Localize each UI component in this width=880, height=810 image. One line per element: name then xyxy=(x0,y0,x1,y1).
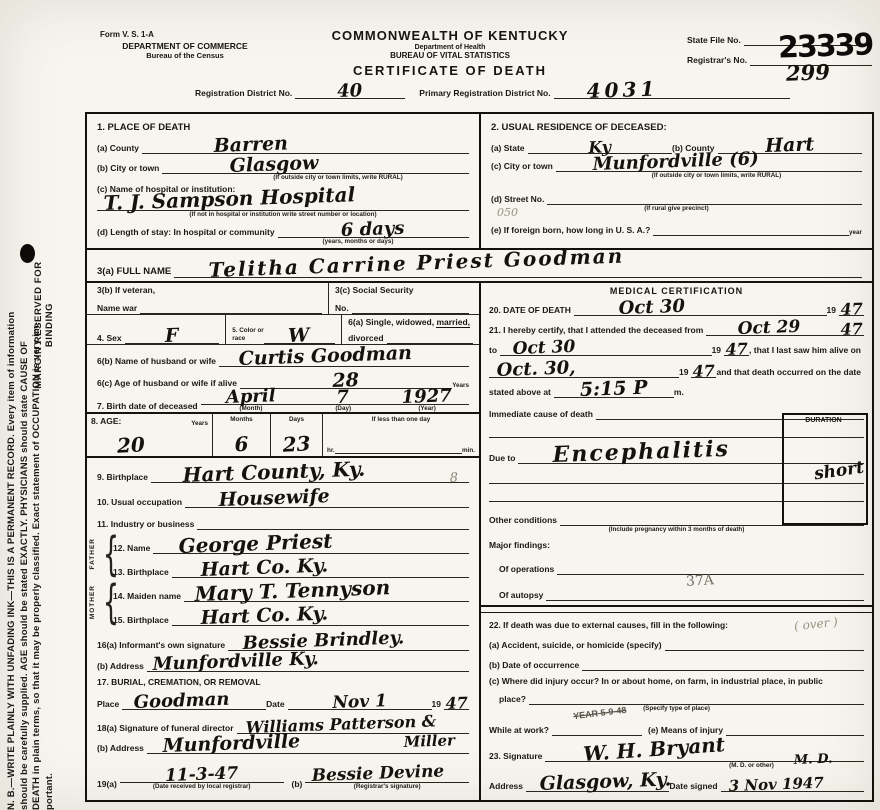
father-name-line: George Priest xyxy=(153,553,469,554)
margin-note-line2: should be carefully supplied. AGE should… xyxy=(19,0,32,810)
physician-signature-row: 23. Signature W. H. Bryant M. D. xyxy=(489,736,864,762)
occurrence-date-label: (b) Date of occurrence xyxy=(489,660,582,671)
header-center: COMMONWEALTH OF KENTUCKY Department of H… xyxy=(285,28,615,78)
medical-certification-title: MEDICAL CERTIFICATION xyxy=(489,283,864,296)
birth-year-value: 1927 xyxy=(401,387,452,407)
county-label: (a) County xyxy=(97,143,142,154)
date-signed-line: 3 Nov 1947 xyxy=(721,791,864,792)
physician-address-label: Address xyxy=(489,781,526,792)
margin-binding-label: MARGIN RESERVED FOR BINDING xyxy=(33,249,55,401)
mother-birthplace-value: Hart Co. Ky. xyxy=(201,605,329,628)
bureau-of-census: Bureau of the Census xyxy=(100,51,270,60)
physician-signature-label: 23. Signature xyxy=(489,751,545,762)
father-birthplace-value: Hart Co. Ky. xyxy=(201,557,329,580)
top-sections: 1. PLACE OF DEATH (a) County Barren (b) … xyxy=(87,114,872,250)
age-years-col: 8. AGE:Years 20 xyxy=(87,414,212,456)
burial-year-value: 47 xyxy=(445,695,468,712)
race-label-2: race xyxy=(232,335,264,343)
street-row: (d) Street No. xyxy=(491,181,862,205)
physician-address-value: Glasgow, Ky. xyxy=(540,770,672,794)
stated-above-label: stated above at xyxy=(489,387,554,398)
burial-year-line: 47 xyxy=(444,709,469,710)
street-note: (If rural give precinct) xyxy=(644,205,708,214)
autopsy-row: Of autopsy xyxy=(489,575,864,601)
mother-birthplace-row: 15. Birthplace Hart Co. Ky. xyxy=(113,602,469,626)
father-birthplace-label: 13. Birthplace xyxy=(113,567,172,578)
state-label: (a) State xyxy=(491,143,528,154)
hospital-line: T. J. Sampson Hospital xyxy=(97,210,469,211)
county-row: (a) County Barren xyxy=(97,134,469,154)
certify-text-1: 21. I hereby certify, that I attended th… xyxy=(489,325,706,336)
ss-no-label: No. xyxy=(335,303,352,314)
veteran-war-line xyxy=(140,313,322,314)
received-label: 19(a) xyxy=(97,779,120,790)
birthplace-line: Hart County, Ky. 8 xyxy=(151,482,469,483)
burial-date-value: Nov 1 xyxy=(332,693,387,712)
registration-district-line: 40 xyxy=(295,98,405,99)
burial-place-label: Place xyxy=(97,699,122,710)
received-value: 11-3-47 xyxy=(164,765,238,785)
res-city-note: (If outside city or town limits, write R… xyxy=(652,172,781,181)
margin-note: N. B.—WRITE PLAINLY WITH UNFADING INK—TH… xyxy=(6,0,58,810)
immediate-cause-label: Immediate cause of death xyxy=(489,409,596,420)
length-of-stay-label: (d) Length of stay: In hospital or commu… xyxy=(97,227,278,238)
informant-address-value: Munfordville Ky. xyxy=(153,650,320,674)
alive-year-value: 47 xyxy=(692,363,715,380)
age-days-col: Days 23 xyxy=(270,414,322,456)
major-findings-label: Major findings: xyxy=(489,540,553,551)
father-section: FATHER { 12. Name George Priest 13. Birt… xyxy=(87,530,479,578)
alive-year-prefix: 19 xyxy=(679,367,691,378)
informant-address-line: Munfordville Ky. xyxy=(147,671,469,672)
date-of-death-line: Oct 30 xyxy=(574,315,827,316)
occurrence-date-line xyxy=(582,670,864,671)
received-col: 11-3-47 (Date received by local registra… xyxy=(120,770,284,790)
city-value: Glasgow xyxy=(229,154,318,176)
city-line: Glasgow xyxy=(162,173,469,174)
accident-label: (a) Accident, suicide, or homicide (spec… xyxy=(489,640,665,651)
alive-year-line: 47 xyxy=(691,377,716,378)
street-pencil-note: 050 xyxy=(497,206,518,219)
burial-date-line: Nov 1 xyxy=(288,709,432,710)
physician-signature-cap: (M. D. or other) xyxy=(729,762,774,770)
to-year-value: 47 xyxy=(725,341,748,358)
hospital-row: T. J. Sampson Hospital xyxy=(97,195,469,211)
other-conditions-line xyxy=(560,525,864,526)
age-min-label: min. xyxy=(462,447,475,454)
city-note: (If outside city or town limits, write R… xyxy=(273,174,402,183)
mother-name-value: Mary T. Tennyson xyxy=(195,577,391,604)
foreign-born-label: (e) If foreign born, how long in U. S. A… xyxy=(491,225,653,236)
mother-birthplace-label: 15. Birthplace xyxy=(113,615,172,626)
header-right: State File No. Registrar's No. 23339 299 xyxy=(687,26,872,66)
means-of-injury-line xyxy=(726,735,864,736)
registration-district-row: Registration District No. 40 Primary Reg… xyxy=(195,88,790,99)
primary-district-label: Primary Registration District No. xyxy=(419,88,553,99)
res-county-value: Hart xyxy=(765,135,815,156)
mother-side-label: MOTHER xyxy=(89,585,100,619)
injury-place-line xyxy=(529,704,864,705)
other-conditions-label: Other conditions xyxy=(489,515,560,526)
ink-blot-artifact xyxy=(20,244,35,263)
major-findings-pencil: 37A xyxy=(686,572,715,589)
burial-place-line: Goodman xyxy=(122,709,266,710)
burial-date-label: Date xyxy=(266,699,287,710)
marital-label-text: 6(a) Single, widowed, xyxy=(348,317,434,327)
ss-label: 3(c) Social Security xyxy=(335,285,469,296)
date-signed-label: Date signed xyxy=(669,781,720,792)
certify-to-row: to Oct 30 19 47 , that I last saw him al… xyxy=(489,336,864,356)
left-column: 3(b) If veteran, Name war 3(c) Social Se… xyxy=(87,283,479,800)
occupation-row: 10. Usual occupation Housewife xyxy=(87,483,479,508)
veteran-label: 3(b) If veteran, xyxy=(97,285,322,296)
age-months-value: 6 xyxy=(217,433,267,456)
birth-date-row: 7. Birth date of deceased April (Month) … xyxy=(87,389,479,414)
to-year-line: 47 xyxy=(724,355,749,356)
birth-day-line: 7 xyxy=(301,392,385,405)
father-lines: 12. Name George Priest 13. Birthplace Ha… xyxy=(113,530,469,578)
mother-birthplace-line: Hart Co. Ky. xyxy=(172,625,469,626)
certify-text-2: , that I last saw him alive on xyxy=(749,345,864,356)
time-line: 5:15 P xyxy=(554,397,674,398)
birth-date-label: 7. Birth date of deceased xyxy=(97,401,201,412)
header-left: Form V. S. 1-A DEPARTMENT OF COMMERCE Bu… xyxy=(100,30,270,60)
accident-line xyxy=(665,650,864,651)
section-divider xyxy=(481,605,872,613)
industry-line xyxy=(197,529,469,530)
husband-line: Curtis Goodman xyxy=(219,366,469,367)
informant-row: 16(a) Informant's own signature Bessie B… xyxy=(87,626,479,651)
res-city-label: (c) City or town xyxy=(491,161,556,172)
physician-address-line: Glasgow, Ky. xyxy=(526,791,669,792)
foreign-born-suffix: year xyxy=(849,229,862,236)
registration-district-value: 40 xyxy=(337,82,363,101)
registrars-number-handwriting: 299 xyxy=(786,59,831,86)
registrar-received-row: 19(a) 11-3-47 (Date received by local re… xyxy=(87,754,479,794)
burial-title: 17. BURIAL, CREMATION, OR REMOVAL xyxy=(97,677,264,688)
birth-year-col: 1927 (Year) xyxy=(385,392,469,412)
birthplace-label: 9. Birthplace xyxy=(97,472,151,483)
burial-row: Place Goodman Date Nov 1 19 47 xyxy=(87,688,479,710)
full-name-value: Telitha Carrine Priest Goodman xyxy=(208,246,624,280)
dod-year-value: 47 xyxy=(840,301,863,318)
department-of-health: Department of Health xyxy=(285,44,615,51)
age-months-col: Months 6 xyxy=(212,414,270,456)
duration-label: DURATION xyxy=(784,415,866,425)
residence-title: 2. USUAL RESIDENCE OF DECEASED: xyxy=(491,122,670,134)
primary-district-value: 4031 xyxy=(586,79,658,101)
due-to-label: Due to xyxy=(489,453,518,464)
operations-label: Of operations xyxy=(499,564,557,575)
father-side-label: FATHER xyxy=(89,538,100,570)
medical-certification-section: MEDICAL CERTIFICATION 20. DATE OF DEATH … xyxy=(479,283,872,800)
state-file-label: State File No. xyxy=(687,35,744,46)
injury-where-label-1: (c) Where did injury occur? In or about … xyxy=(489,676,826,687)
birth-year-line: 1927 xyxy=(385,392,469,405)
bureau-of-vital-statistics: BUREAU OF VITAL STATISTICS xyxy=(285,51,615,60)
length-of-stay-row: (d) Length of stay: In hospital or commu… xyxy=(97,220,469,238)
father-birthplace-row: 13. Birthplace Hart Co. Ky. xyxy=(113,554,469,578)
sex-line: F xyxy=(125,343,220,344)
length-of-stay-value: 6 days xyxy=(341,220,405,240)
age-less-label: If less than one day xyxy=(327,416,475,423)
injury-place-row: place? xyxy=(489,687,864,705)
from-year-line: 47 xyxy=(839,335,864,336)
hospital-note: (If not in hospital or institution write… xyxy=(189,211,376,220)
spouse-age-suffix: Years xyxy=(452,382,469,389)
physician-signature-line: W. H. Bryant M. D. xyxy=(545,761,864,762)
attended-from-line: Oct 29 xyxy=(706,335,839,336)
age-years-label: Years xyxy=(191,420,208,427)
margin-note-line4: portant. xyxy=(44,0,57,810)
autopsy-line xyxy=(546,600,864,601)
birth-day-col: 7 (Day) xyxy=(301,392,385,412)
occupation-line: Housewife xyxy=(185,507,469,508)
res-city-value: Munfordville (6) xyxy=(592,150,759,174)
sex-race-marital-row: 4. Sex F 5. Color or race W 6(a) Single,… xyxy=(87,315,479,345)
marital-label: 6(a) Single, widowed, married, xyxy=(348,317,473,328)
registrar-sig-label: (b) xyxy=(292,779,306,790)
injury-place-note: (Specify type of place) xyxy=(643,705,710,714)
margin-note-line3: DEATH in plain terms, so that it may be … xyxy=(31,0,44,810)
race-value: W xyxy=(288,326,310,346)
injury-where-label-2: place? xyxy=(499,694,529,705)
ss-line xyxy=(352,313,469,314)
time-value: 5:15 P xyxy=(579,379,647,400)
occupation-label: 10. Usual occupation xyxy=(97,497,185,508)
marital-married-underlined: married, xyxy=(436,317,470,328)
registration-district-label: Registration District No. xyxy=(195,88,295,99)
husband-value: Curtis Goodman xyxy=(238,344,412,369)
from-year-value: 47 xyxy=(840,321,863,338)
veteran-war-label: Name war xyxy=(97,303,140,314)
to-label: to xyxy=(489,345,500,356)
certificate-title: CERTIFICATE OF DEATH xyxy=(285,63,615,78)
mother-section: MOTHER { 14. Maiden name Mary T. Tennyso… xyxy=(87,578,479,626)
street-label: (d) Street No. xyxy=(491,194,547,205)
registrar-sig-col: Bessie Devine (Registrar's signature) xyxy=(305,770,469,790)
form-number: Form V. S. 1-A xyxy=(100,30,270,39)
father-name-value: George Priest xyxy=(178,531,332,556)
full-name-row: 3(a) FULL NAME Telitha Carrine Priest Go… xyxy=(87,250,872,283)
age-hr-line xyxy=(335,453,462,454)
registrar-sig-line: Bessie Devine xyxy=(305,770,469,783)
attended-from-value: Oct 29 xyxy=(738,319,801,338)
registrar-sig-value: Bessie Devine xyxy=(311,763,444,785)
department-of-commerce: DEPARTMENT OF COMMERCE xyxy=(100,41,270,51)
birth-month-value: April xyxy=(225,387,275,407)
certify-from-row: 21. I hereby certify, that I attended th… xyxy=(489,316,864,336)
operations-row: Of operations xyxy=(489,551,864,575)
mother-brace: { xyxy=(103,579,110,625)
race-line: W xyxy=(264,343,335,344)
foreign-born-row: (e) If foreign born, how long in U. S. A… xyxy=(491,214,862,236)
dod-year-line: 47 xyxy=(839,315,864,316)
external-causes-title: 22. If death was due to external causes,… xyxy=(489,620,731,631)
age-months-label: Months xyxy=(217,416,266,423)
birthplace-row: 9. Birthplace Hart County, Ky. 8 xyxy=(87,458,479,483)
date-of-death-row: 20. DATE OF DEATH Oct 30 19 47 xyxy=(489,296,864,316)
date-of-death-value: Oct 30 xyxy=(619,298,686,318)
last-seen-row: Oct. 30, 19 47 and that death occurred o… xyxy=(489,356,864,378)
funeral-address-line: Munfordville xyxy=(147,753,469,754)
father-name-row: 12. Name George Priest xyxy=(113,530,469,554)
funeral-address-value: Munfordville xyxy=(162,732,300,756)
age-days-value: 23 xyxy=(275,433,319,455)
at-work-row: While at work? (e) Means of injury xyxy=(489,714,864,736)
burial-place-value: Goodman xyxy=(133,691,229,712)
funeral-address-label: (b) Address xyxy=(97,743,147,754)
age-row: 8. AGE:Years 20 Months 6 Days 23 If less… xyxy=(87,414,479,458)
length-of-stay-line: 6 days xyxy=(278,237,469,238)
physician-address-row: Address Glasgow, Ky. Date signed 3 Nov 1… xyxy=(489,770,864,792)
form-body: 1. PLACE OF DEATH (a) County Barren (b) … xyxy=(85,112,874,802)
father-name-label: 12. Name xyxy=(113,543,153,554)
place-of-death-title: 1. PLACE OF DEATH xyxy=(97,122,193,134)
father-brace: { xyxy=(103,531,110,577)
usual-residence-section: 2. USUAL RESIDENCE OF DECEASED: (a) Stat… xyxy=(479,114,872,248)
attended-to-value: Oct 30 xyxy=(512,339,575,358)
dod-year-prefix: 19 xyxy=(827,305,839,316)
age-days-label: Days xyxy=(275,416,318,423)
to-year-prefix: 19 xyxy=(712,345,724,356)
registrars-no-label: Registrar's No. xyxy=(687,55,750,66)
burial-year-prefix: 19 xyxy=(432,699,444,710)
lower-sections: 3(b) If veteran, Name war 3(c) Social Se… xyxy=(87,283,872,800)
certify-text-3: and that death occurred on the date xyxy=(716,367,864,378)
birthplace-value: Hart County, Ky. xyxy=(182,459,365,485)
street-line xyxy=(547,204,862,205)
birth-day-value: 7 xyxy=(336,389,349,407)
age-less-col: If less than one day hr. min. xyxy=(322,414,479,456)
margin-note-line1: N. B.—WRITE PLAINLY WITH UNFADING INK—TH… xyxy=(6,0,19,810)
physician-signature-value: W. H. Bryant xyxy=(582,734,725,764)
place-of-death-section: 1. PLACE OF DEATH (a) County Barren (b) … xyxy=(87,114,479,248)
husband-row: 6(b) Name of husband or wife Curtis Good… xyxy=(87,345,479,367)
occurrence-date-row: (b) Date of occurrence xyxy=(489,651,864,671)
birth-month-line: April xyxy=(201,392,302,405)
race-label-1: 5. Color or xyxy=(232,327,264,335)
industry-row: 11. Industry or business xyxy=(87,508,479,530)
age-label: 8. AGE: xyxy=(91,416,124,427)
date-signed-value: 3 Nov 1947 xyxy=(729,776,825,794)
death-certificate-scan: N. B.—WRITE PLAINLY WITH UNFADING INK—TH… xyxy=(0,0,880,810)
received-line: 11-3-47 xyxy=(120,770,284,783)
date-of-death-label: 20. DATE OF DEATH xyxy=(489,305,574,316)
due-to-value: Encephalitis xyxy=(552,438,730,466)
res-city-row: (c) City or town Munfordville (6) xyxy=(491,154,862,172)
time-of-death-row: stated above at 5:15 P m. xyxy=(489,378,864,398)
informant-address-label: (b) Address xyxy=(97,661,147,672)
m-label: m. xyxy=(674,387,687,398)
commonwealth-title: COMMONWEALTH OF KENTUCKY xyxy=(285,28,615,43)
full-name-label: 3(a) FULL NAME xyxy=(97,266,174,278)
funeral-director-value-2: Miller xyxy=(403,733,455,750)
veteran-ss-row: 3(b) If veteran, Name war 3(c) Social Se… xyxy=(87,283,479,315)
accident-row: (a) Accident, suicide, or homicide (spec… xyxy=(489,631,864,651)
attended-to-line: Oct 30 xyxy=(500,355,712,356)
other-conditions-note: (Include pregnancy within 3 months of de… xyxy=(609,526,745,535)
full-name-line: Telitha Carrine Priest Goodman xyxy=(174,277,862,278)
birthplace-pencil: 8 xyxy=(449,472,458,485)
informant-label: 16(a) Informant's own signature xyxy=(97,640,228,651)
res-city-line: Munfordville (6) xyxy=(556,171,862,172)
occupation-value: Housewife xyxy=(218,487,330,510)
mother-name-row: 14. Maiden name Mary T. Tennyson xyxy=(113,578,469,602)
husband-label: 6(b) Name of husband or wife xyxy=(97,356,219,367)
city-row: (b) City or town Glasgow xyxy=(97,154,469,174)
age-hr-label: hr. xyxy=(327,447,335,454)
foreign-born-line xyxy=(653,235,849,236)
spouse-age-label: 6(c) Age of husband or wife if alive xyxy=(97,378,240,389)
sex-label: 4. Sex xyxy=(97,333,125,344)
age-years-value: 20 xyxy=(91,431,209,457)
city-label: (b) City or town xyxy=(97,163,162,174)
at-work-label: While at work? xyxy=(489,725,552,736)
last-seen-value: Oct. 30, xyxy=(496,359,575,380)
at-work-line xyxy=(552,735,642,736)
birth-month-col: April (Month) xyxy=(201,392,302,412)
autopsy-label: Of autopsy xyxy=(499,590,546,601)
primary-district-line: 4031 xyxy=(554,98,790,99)
physician-signature-suffix: M. D. xyxy=(793,753,832,767)
informant-address-row: (b) Address Munfordville Ky. xyxy=(87,651,479,672)
mother-lines: 14. Maiden name Mary T. Tennyson 15. Bir… xyxy=(113,578,469,626)
mother-name-label: 14. Maiden name xyxy=(113,591,184,602)
sex-value: F xyxy=(164,327,178,346)
